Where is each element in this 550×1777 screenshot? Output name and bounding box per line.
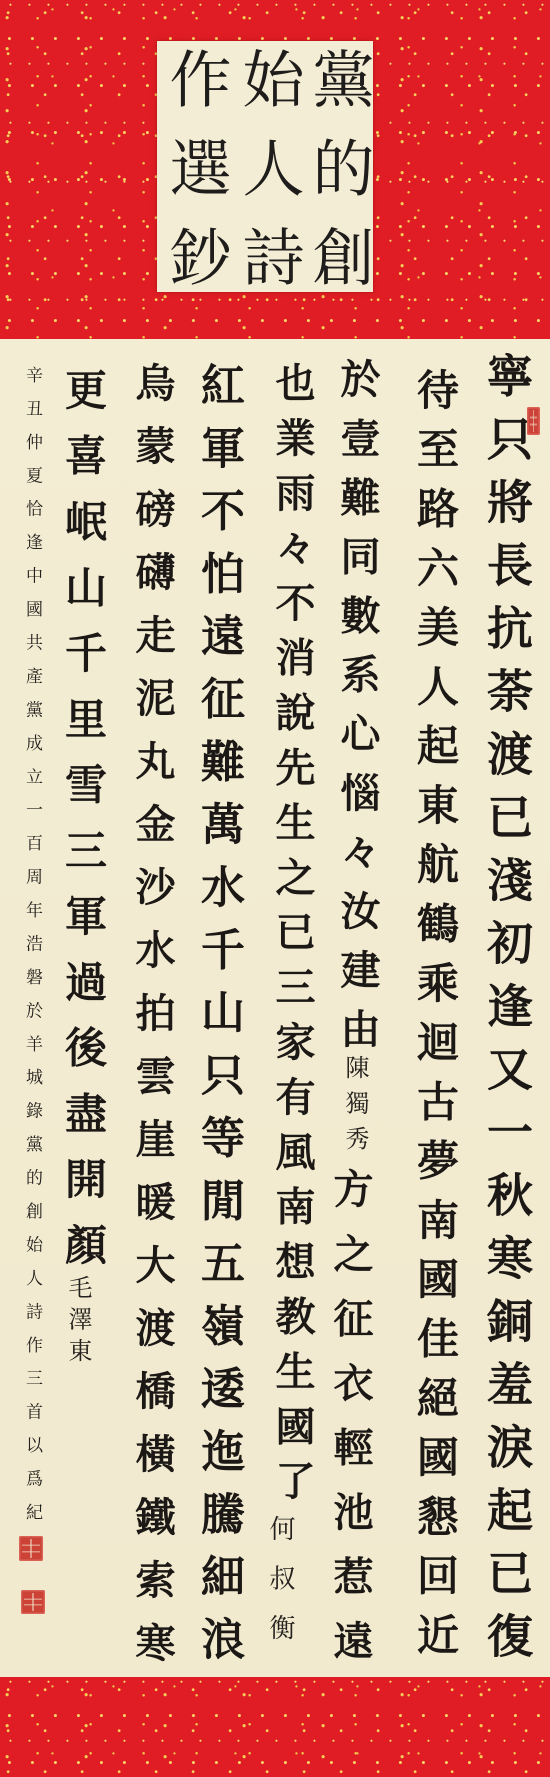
verse-column-4: 也業雨々不消說先生之已三家有風南想教生國了 xyxy=(272,362,312,1500)
seal-artist-name xyxy=(19,1536,43,1561)
title-column-middle: 始人詩 xyxy=(237,47,299,287)
verse-column-7: 更喜岷山千里雪三軍過後盡開顏 xyxy=(62,368,104,1265)
title-column-right: 黨的創 xyxy=(307,47,369,287)
verse-column-3: 於壹難同數系心惱々汝建由 xyxy=(337,358,377,1048)
top-mount-band: 黨的創 始人詩 作選鈔 xyxy=(0,0,550,339)
verse-column-5: 紅軍不怕遠征難萬水千山只等閒五嶺逶迤騰細浪 xyxy=(196,362,240,1660)
signature-he-shuheng: 何叔衡 xyxy=(267,1515,293,1640)
verse-column-6: 烏蒙磅礴走泥丸金沙水拍雲崖暖大渡橋橫鐵索寒 xyxy=(132,362,172,1662)
colophon-inscription: 辛丑仲夏恰逢中國共產黨成立一百周年浩磐於羊城錄黨的創始人詩作三首以爲紀 xyxy=(23,366,41,1520)
verse-column-3-continued: 方之征衣輕池惹遠 xyxy=(330,1168,370,1660)
seal-artist-studio xyxy=(21,1590,45,1614)
calligraphy-scroll: 黨的創 始人詩 作選鈔 寧只將長抗荼渡已淺初逢又一秋寒銅羞淚起已復 待至路六美人… xyxy=(0,0,550,1777)
seal-top xyxy=(527,407,540,435)
verse-column-2: 待至路六美人起東航鶴乘迴古夢南國佳絕國懇回近 xyxy=(414,368,456,1655)
title-column-left: 作選鈔 xyxy=(164,47,226,287)
signature-mao-zedong: 毛澤東 xyxy=(66,1275,90,1362)
title-panel: 黨的創 始人詩 作選鈔 xyxy=(157,41,373,292)
bottom-mount-band xyxy=(0,1677,550,1777)
verse-column-1: 寧只將長抗荼渡已淺初逢又一秋寒銅羞淚起已復 xyxy=(484,352,530,1658)
signature-chen-duxiu: 陳獨秀 xyxy=(343,1055,367,1150)
